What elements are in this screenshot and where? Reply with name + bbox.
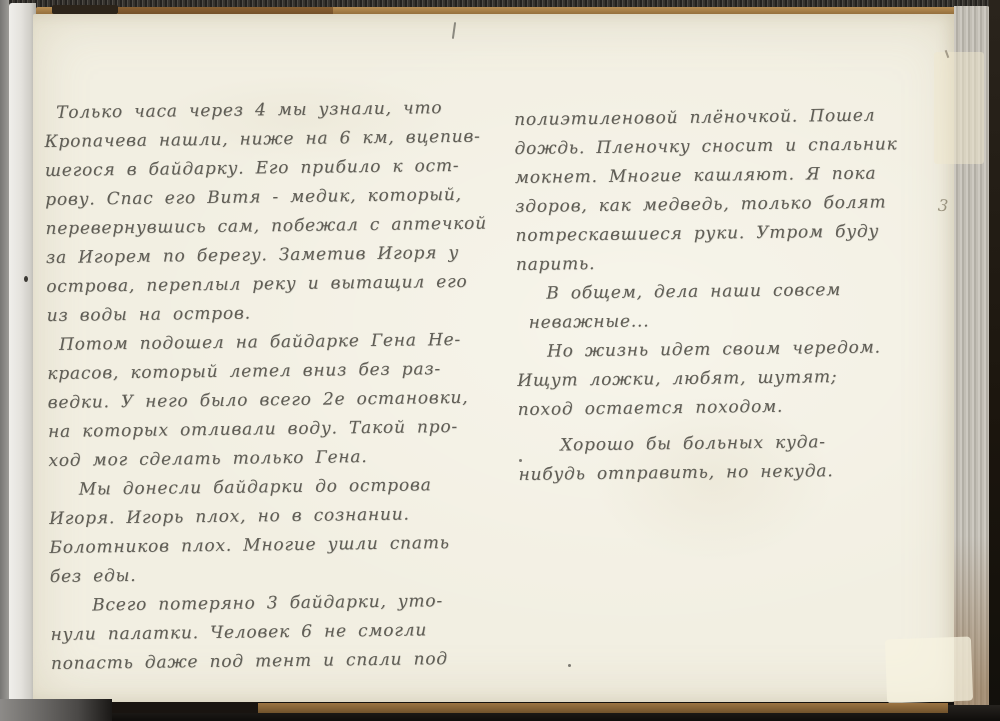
handwriting-column-right: полиэтиленовой плёночкой. Пошел дождь. П… xyxy=(514,101,963,490)
tan-strip-bottom-dark-patch xyxy=(110,702,258,713)
ink-dot xyxy=(519,459,522,462)
ink-speck-left-edge xyxy=(24,276,28,282)
handwriting-column-left: Только часа через 4 мы узнали, что Кропа… xyxy=(44,93,513,679)
album-right-edge xyxy=(989,0,1000,721)
handwritten-line: на которых отливали воду. Такой про- xyxy=(48,412,510,447)
tape-bottom-right xyxy=(885,637,973,704)
album-photo-of-diary-page: Только часа через 4 мы узнали, что Кропа… xyxy=(0,0,1000,721)
page-number: 3 xyxy=(937,196,948,216)
bottom-left-corner-shadow xyxy=(0,699,112,721)
handwritten-line: попасть даже под тент и спали под xyxy=(51,644,513,679)
tan-strip-top-dark-patch xyxy=(52,5,118,14)
handwritten-line: нибудь отправить, но некуда. xyxy=(518,456,962,490)
handwritten-line: дождь. Пленочку сносит и спальник xyxy=(514,130,958,164)
handwritten-line: острова, переплыл реку и вытащил его xyxy=(46,267,508,302)
handwritten-line: Всего потеряно 3 байдарки, уто- xyxy=(50,586,512,621)
handwritten-line: Болотников плох. Многие ушли спать xyxy=(49,528,511,563)
book-spine-left xyxy=(0,0,9,721)
ink-dot xyxy=(568,664,571,667)
handwritten-line: поход остается походом. xyxy=(518,391,962,425)
page-edge-left xyxy=(9,3,36,716)
